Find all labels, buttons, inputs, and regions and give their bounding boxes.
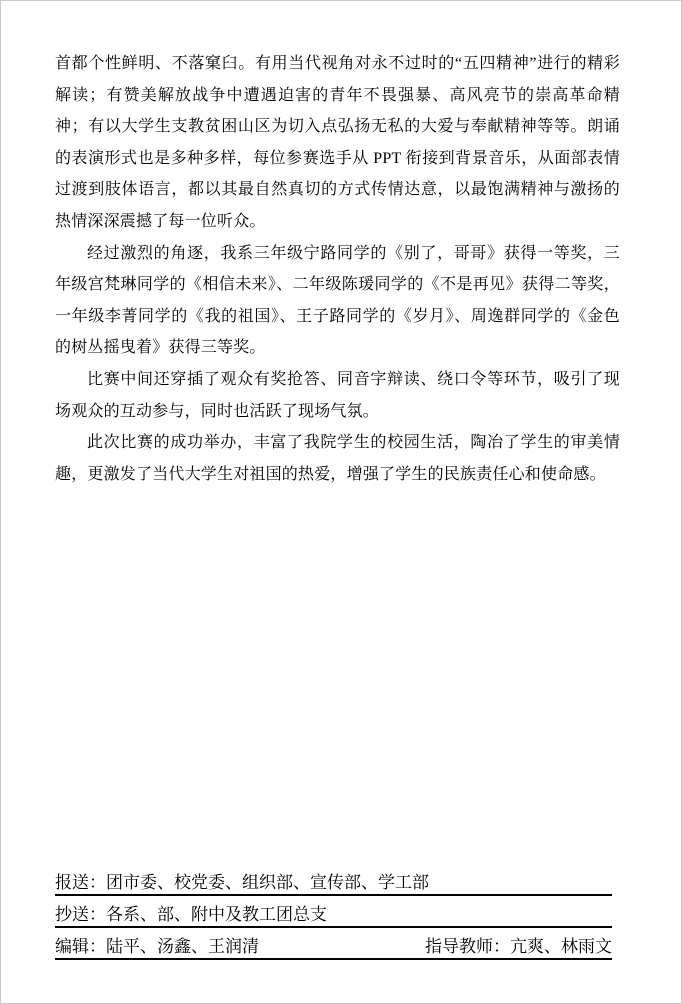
copy-to-text: 抄送：各系、部、附中及教工团总支: [55, 904, 327, 926]
document-body: 首都个性鲜明、不落窠臼。有用当代视角对永不过时的“五四精神”进行的精彩解读；有赞…: [55, 48, 620, 490]
footer-row-editors: 编辑：陆平、汤鑫、王润清 指导教师：亢爽、林雨文: [55, 928, 612, 960]
paragraph-award-results: 经过激烈的角逐，我系三年级宁路同学的《别了，哥哥》获得一等奖，三年级宫梵琳同学的…: [55, 238, 620, 364]
document-page: 首都个性鲜明、不落窠臼。有用当代视角对永不过时的“五四精神”进行的精彩解读；有赞…: [0, 0, 682, 1004]
report-to-text: 报送：团市委、校党委、组织部、宣传部、学工部: [55, 872, 429, 894]
advisors-text: 指导教师：亢爽、林雨文: [425, 936, 612, 958]
paragraph-performance-summary: 首都个性鲜明、不落窠臼。有用当代视角对永不过时的“五四精神”进行的精彩解读；有赞…: [55, 48, 620, 238]
paragraph-conclusion: 此次比赛的成功举办，丰富了我院学生的校园生活，陶冶了学生的审美情趣，更激发了当代…: [55, 427, 620, 490]
document-footer: 报送：团市委、校党委、组织部、宣传部、学工部 抄送：各系、部、附中及教工团总支 …: [55, 864, 612, 960]
footer-row-copy-to: 抄送：各系、部、附中及教工团总支: [55, 896, 612, 928]
editors-text: 编辑：陆平、汤鑫、王润清: [55, 936, 259, 958]
footer-row-report-to: 报送：团市委、校党委、组织部、宣传部、学工部: [55, 864, 612, 896]
paragraph-audience-interaction: 比赛中间还穿插了观众有奖抢答、同音字辩读、绕口令等环节，吸引了现场观众的互动参与…: [55, 364, 620, 427]
